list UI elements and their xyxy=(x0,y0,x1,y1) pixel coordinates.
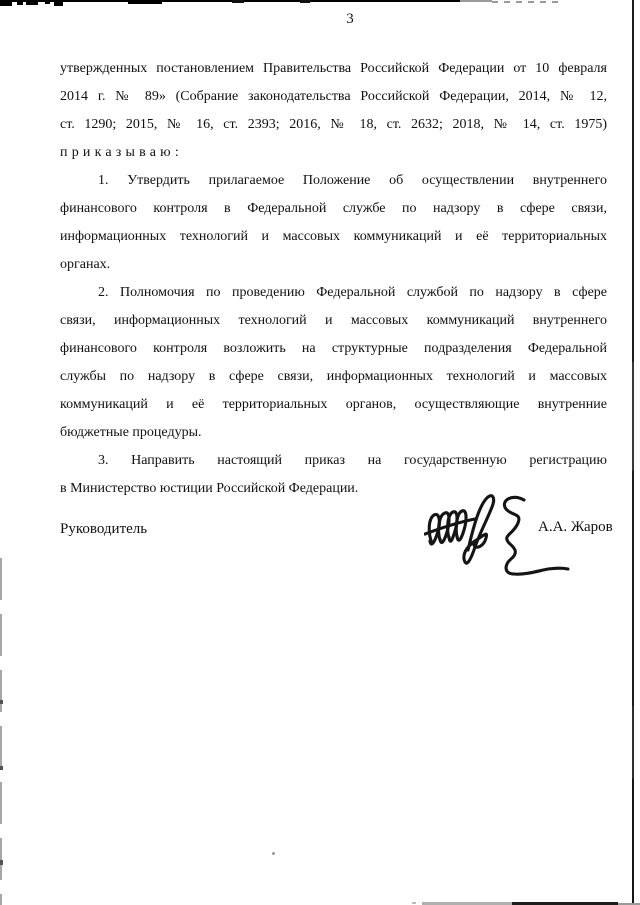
scan-artifact-top-edge-gray xyxy=(460,0,492,2)
document-line: 2. Полномочия по проведению Федеральной … xyxy=(60,279,607,307)
document-line: финансового контроля возложить на структ… xyxy=(60,335,607,363)
scan-artifact-blob xyxy=(0,0,12,6)
scan-artifact-blob xyxy=(232,0,244,3)
scanned-document-page: { "page": { "number": "3" }, "document":… xyxy=(0,0,640,905)
scan-artifact-left-tick xyxy=(0,860,3,865)
scan-artifact-speck xyxy=(272,852,275,855)
document-line: 3. Направить настоящий приказ на государ… xyxy=(60,447,607,475)
scan-artifact-blob xyxy=(26,0,38,5)
scan-artifact-left-tick xyxy=(0,766,3,770)
scan-artifact-blob xyxy=(45,0,50,4)
scan-artifact-left-edge xyxy=(0,558,2,905)
scan-artifact-right-edge xyxy=(632,0,634,905)
scan-artifact-blob xyxy=(54,0,63,6)
scan-artifact-top-edge xyxy=(0,0,460,2)
scan-artifact-blob xyxy=(17,0,23,5)
scan-artifact-bottom-edge xyxy=(412,902,416,904)
document-line: коммуникаций и её территориальных органо… xyxy=(60,391,607,419)
signer-role-label: Руководитель xyxy=(60,521,147,538)
document-line: 2014 г. № 89» (Собрание законодательства… xyxy=(60,83,607,111)
document-line: бюджетные процедуры. xyxy=(60,419,607,447)
document-line: службы по надзору в сфере связи, информа… xyxy=(60,363,607,391)
document-line: утвержденных постановлением Правительств… xyxy=(60,55,607,83)
document-line: информационных технологий и массовых ком… xyxy=(60,223,607,251)
signature-scribble-icon xyxy=(424,489,570,589)
document-line: приказываю: xyxy=(60,139,607,167)
document-line: органах. xyxy=(60,251,607,279)
document-line: финансового контроля в Федеральной служб… xyxy=(60,195,607,223)
document-line: ст. 1290; 2015, № 16, ст. 2393; 2016, № … xyxy=(60,111,607,139)
scan-artifact-left-tick xyxy=(0,700,3,704)
scan-artifact-blob xyxy=(128,0,162,4)
scan-artifact-blob xyxy=(300,0,310,3)
document-text-block: утвержденных постановлением Правительств… xyxy=(60,55,607,503)
page-number: 3 xyxy=(60,11,640,28)
document-line: 1. Утвердить прилагаемое Положение об ос… xyxy=(60,167,607,195)
document-line: связи, информационных технологий и массо… xyxy=(60,307,607,335)
scan-artifact-top-edge-dots xyxy=(492,1,562,3)
